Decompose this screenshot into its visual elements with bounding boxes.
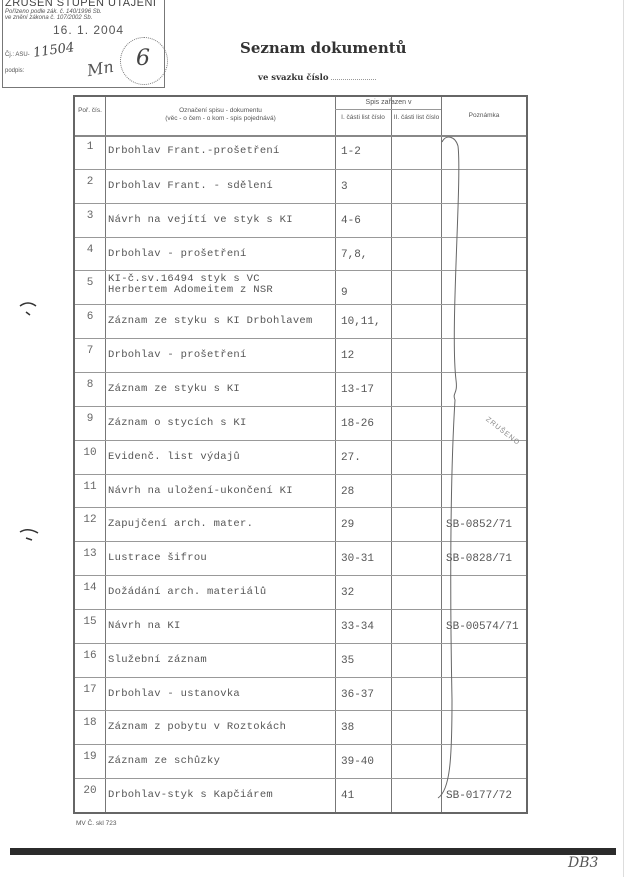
handwritten-bracket-line xyxy=(0,0,638,877)
page-mark: DB3 xyxy=(568,855,598,871)
punch-mark-icon xyxy=(20,303,36,315)
punch-mark-icon xyxy=(20,530,38,540)
scan-edge-bar xyxy=(10,848,616,855)
form-code: MV Č. skl 723 xyxy=(76,820,116,827)
